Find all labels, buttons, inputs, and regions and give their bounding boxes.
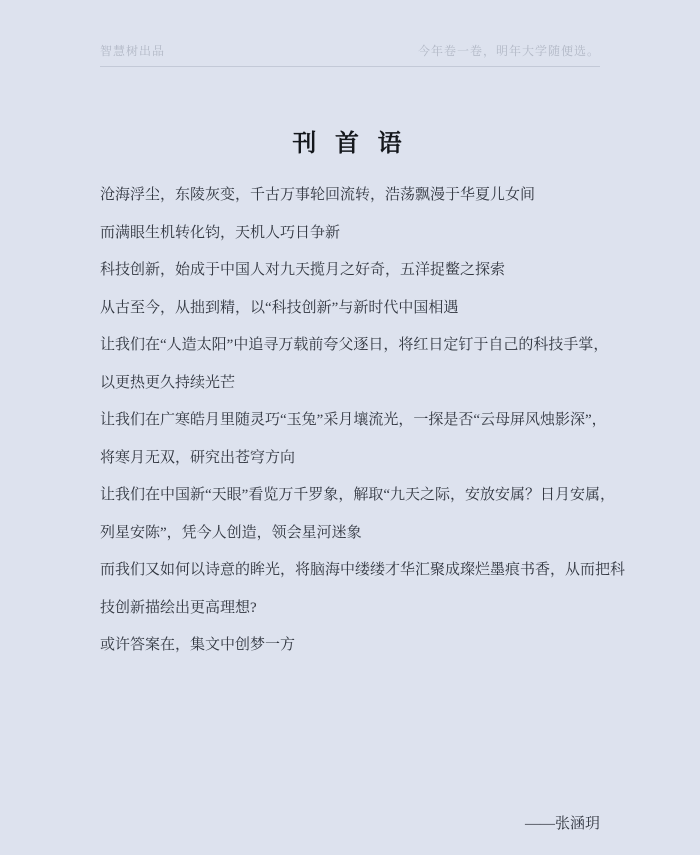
body-line: 让我们在“人造太阳”中追寻万载前夸父逐日，将红日定钉于自己的科技手掌， xyxy=(100,327,602,365)
body-line: 让我们在广寒皓月里随灵巧“玉兔”采月壤流光，一探是否“云母屏风烛影深”， xyxy=(100,402,602,440)
page-title: 刊 首 语 xyxy=(0,123,700,158)
body-line: 或许答案在，集文中创梦一方 xyxy=(100,627,602,665)
body-line: 让我们在中国新“天眼”看览万千罗象，解取“九天之际，安放安属？日月安属， xyxy=(100,477,602,515)
body-text: 沧海浮尘，东陵灰变，千古万事轮回流转，浩荡飘漫于华夏儿女间而满眼生机转化钧，天机… xyxy=(100,177,602,665)
header-brand: 智慧树出品 xyxy=(100,42,165,59)
body-line: 将寒月无双，研究出苍穹方向 xyxy=(100,440,602,478)
body-line: 沧海浮尘，东陵灰变，千古万事轮回流转，浩荡飘漫于华夏儿女间 xyxy=(100,177,602,215)
magazine-page: 智慧树出品 今年卷一卷，明年大学随便选。 刊 首 语 沧海浮尘，东陵灰变，千古万… xyxy=(0,0,700,855)
body-line: 技创新描绘出更高理想? xyxy=(100,590,602,628)
body-line: 从古至今，从拙到精，以“科技创新”与新时代中国相遇 xyxy=(100,290,602,328)
body-line: 以更热更久持续光芒 xyxy=(100,365,602,403)
header-tagline: 今年卷一卷，明年大学随便选。 xyxy=(418,42,600,59)
body-line: 科技创新，始成于中国人对九天揽月之好奇，五洋捉鳖之探索 xyxy=(100,252,602,290)
body-line: 而我们又如何以诗意的眸光，将脑海中缕缕才华汇聚成璨烂墨痕书香，从而把科 xyxy=(100,552,602,590)
page-header: 智慧树出品 今年卷一卷，明年大学随便选。 xyxy=(100,42,600,67)
body-line: 列星安陈”，凭今人创造，领会星河迷象 xyxy=(100,515,602,553)
body-line: 而满眼生机转化钧，天机人巧日争新 xyxy=(100,215,602,253)
author-signature: ——张涵玥 xyxy=(100,812,600,833)
